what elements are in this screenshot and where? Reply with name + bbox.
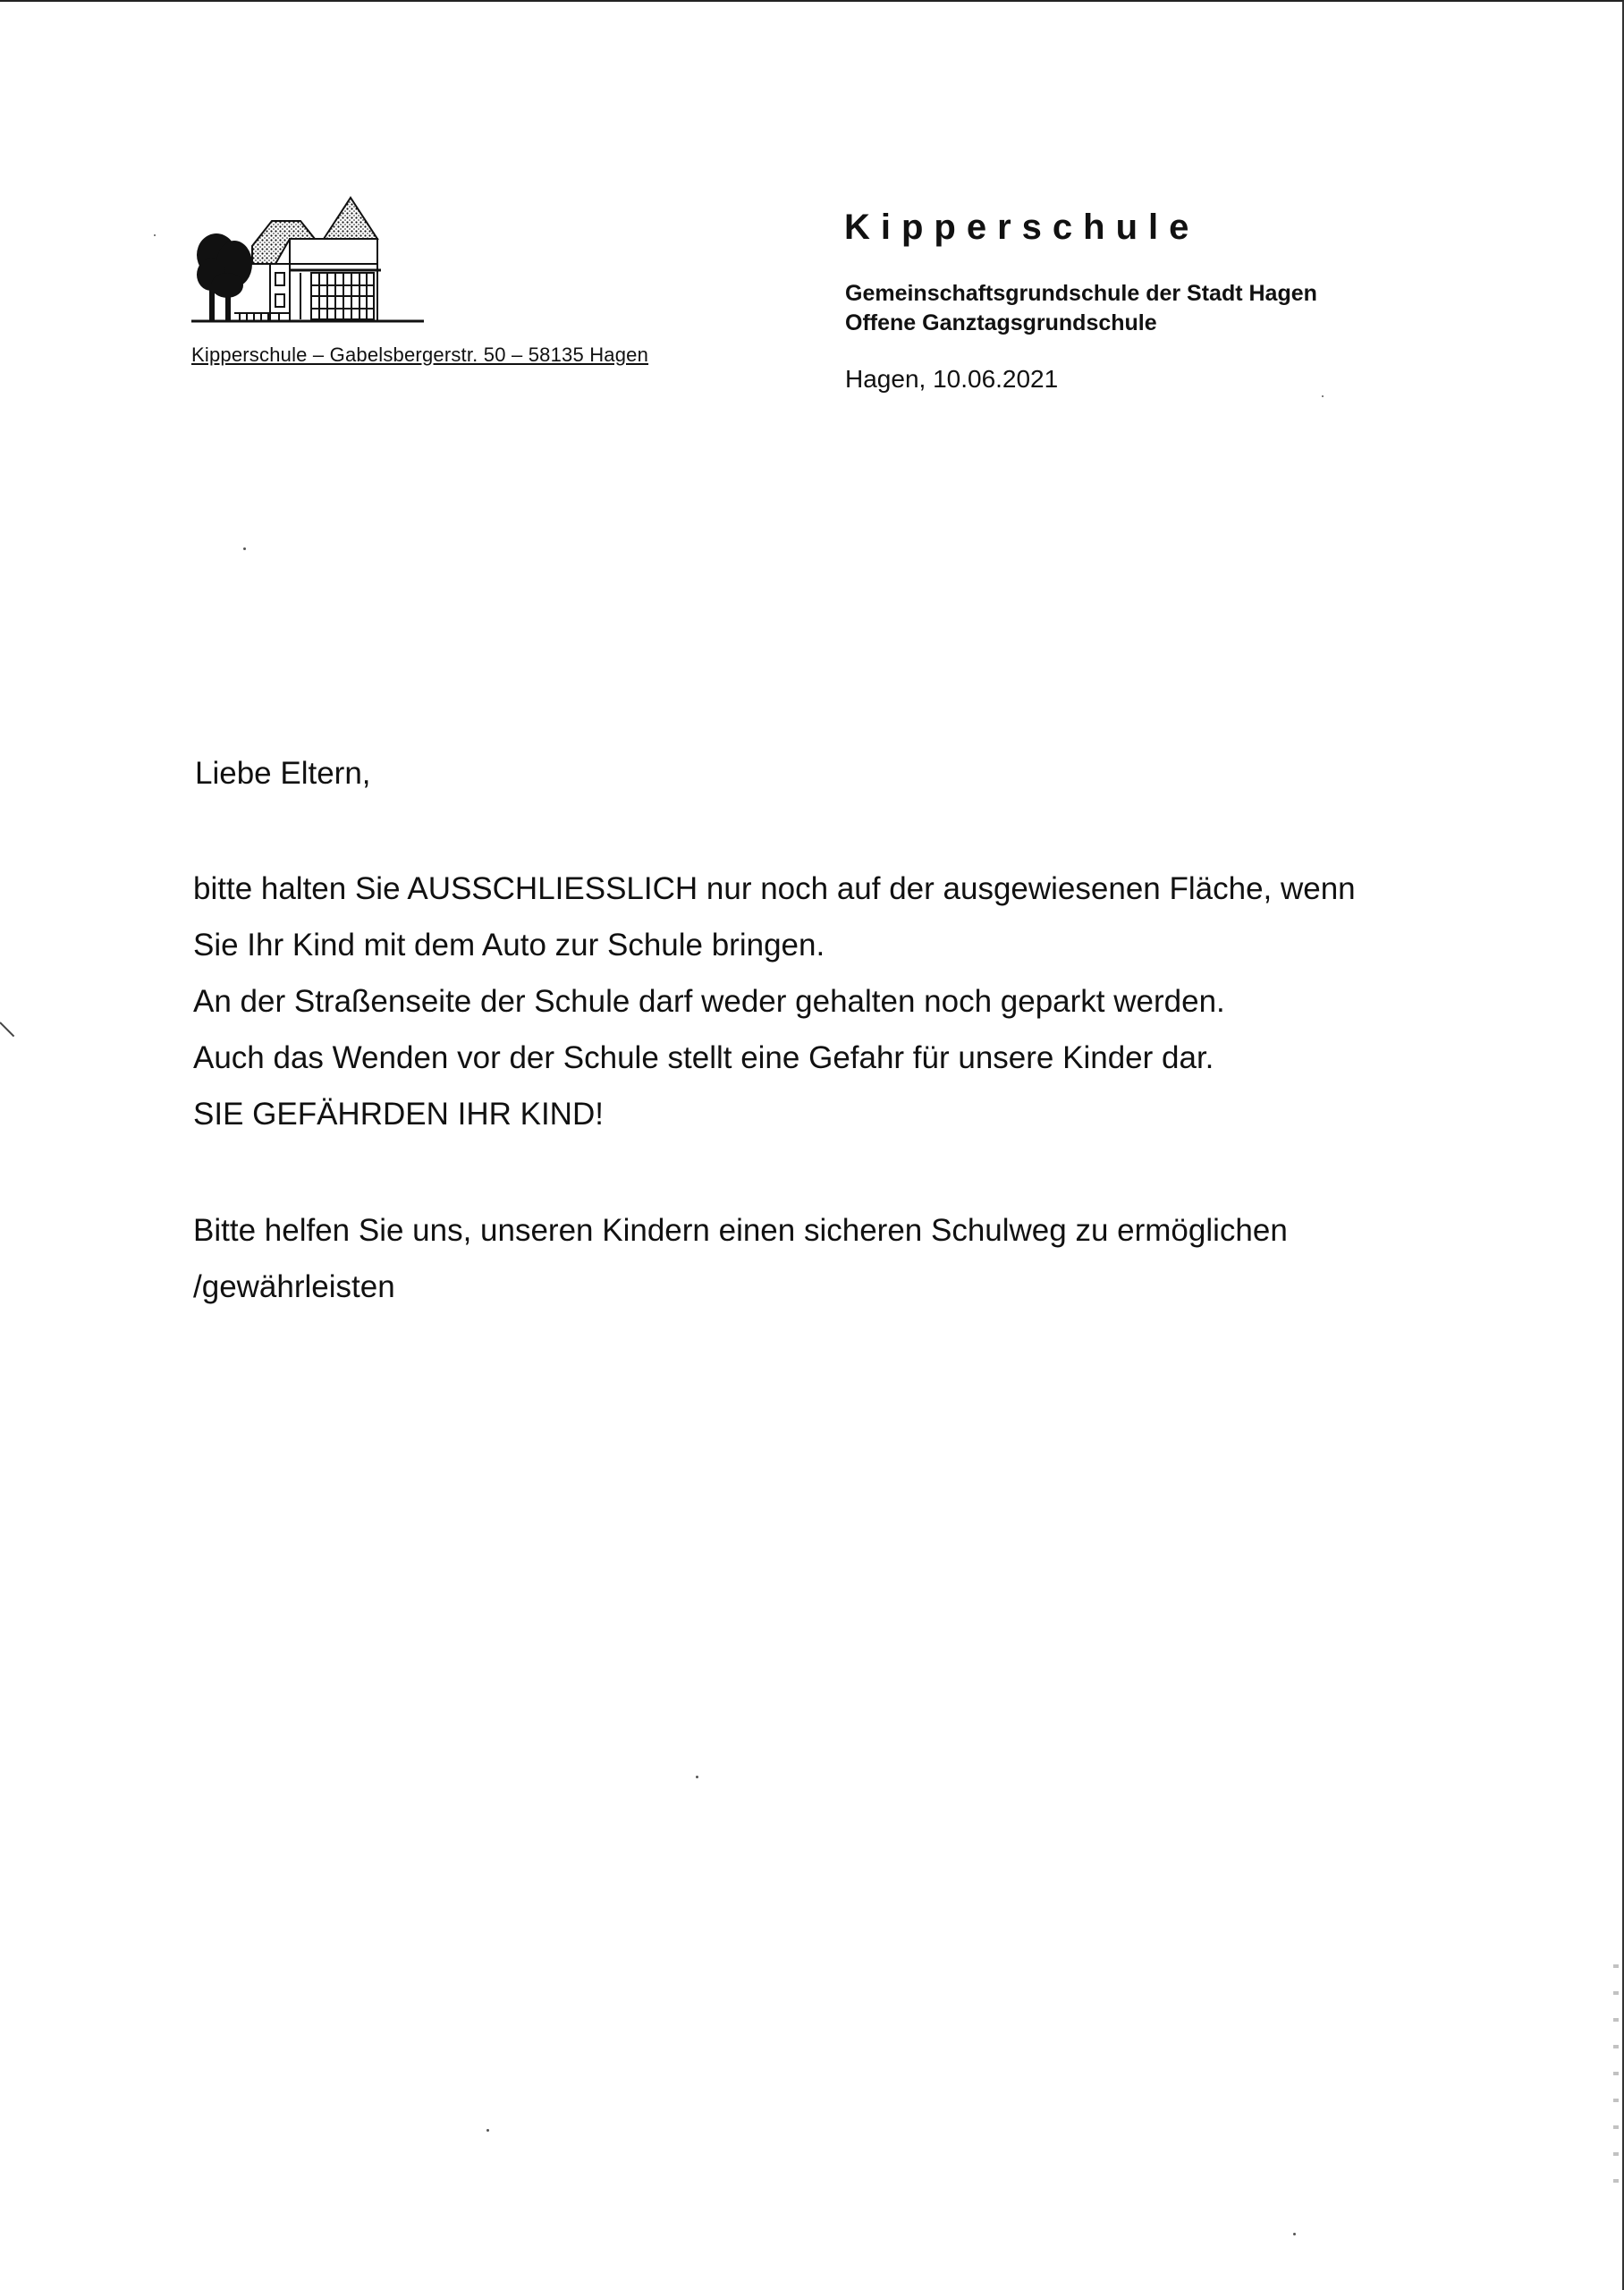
paragraph-line: An der Straßenseite der Schule darf wede… [193,973,1356,1030]
scan-speck [1293,2233,1296,2235]
scan-speck [1322,395,1324,397]
school-program-line: Offene Ganztagsgrundschule [845,309,1317,338]
paragraph-line: Auch das Wenden vor der Schule stellt ei… [193,1030,1356,1086]
scan-mark [0,1022,14,1037]
paragraph-request: Bitte helfen Sie uns, unseren Kindern ei… [193,1202,1288,1315]
salutation: Liebe Eltern, [195,756,371,792]
paragraph-line: Sie Ihr Kind mit dem Auto zur Schule bri… [193,917,1356,973]
paragraph-line: Bitte helfen Sie uns, unseren Kindern ei… [193,1202,1288,1259]
school-type-line: Gemeinschaftsgrundschule der Stadt Hagen [845,279,1317,309]
warning-line: SIE GEFÄHRDEN IHR KIND! [193,1086,1356,1142]
scan-speck [243,547,246,550]
school-subtitle: Gemeinschaftsgrundschule der Stadt Hagen… [845,279,1317,338]
letter-date: Hagen, 10.06.2021 [845,365,1058,394]
school-building-logo-icon [190,185,431,324]
scan-speck [696,1776,698,1778]
scan-speck [154,234,156,236]
letter-page: Kipperschule – Gabelsbergerstr. 50 – 581… [0,0,1624,2290]
paragraph-line: /gewährleisten [193,1259,1288,1315]
paragraph-line: bitte halten Sie AUSSCHLIESSLICH nur noc… [193,861,1356,917]
scan-edge-noise [1613,1952,1619,2184]
school-name: Kipperschule [844,208,1199,248]
paragraph-instructions: bitte halten Sie AUSSCHLIESSLICH nur noc… [193,861,1356,1142]
sender-address-line: Kipperschule – Gabelsbergerstr. 50 – 581… [191,343,648,367]
scan-speck [486,2129,489,2132]
